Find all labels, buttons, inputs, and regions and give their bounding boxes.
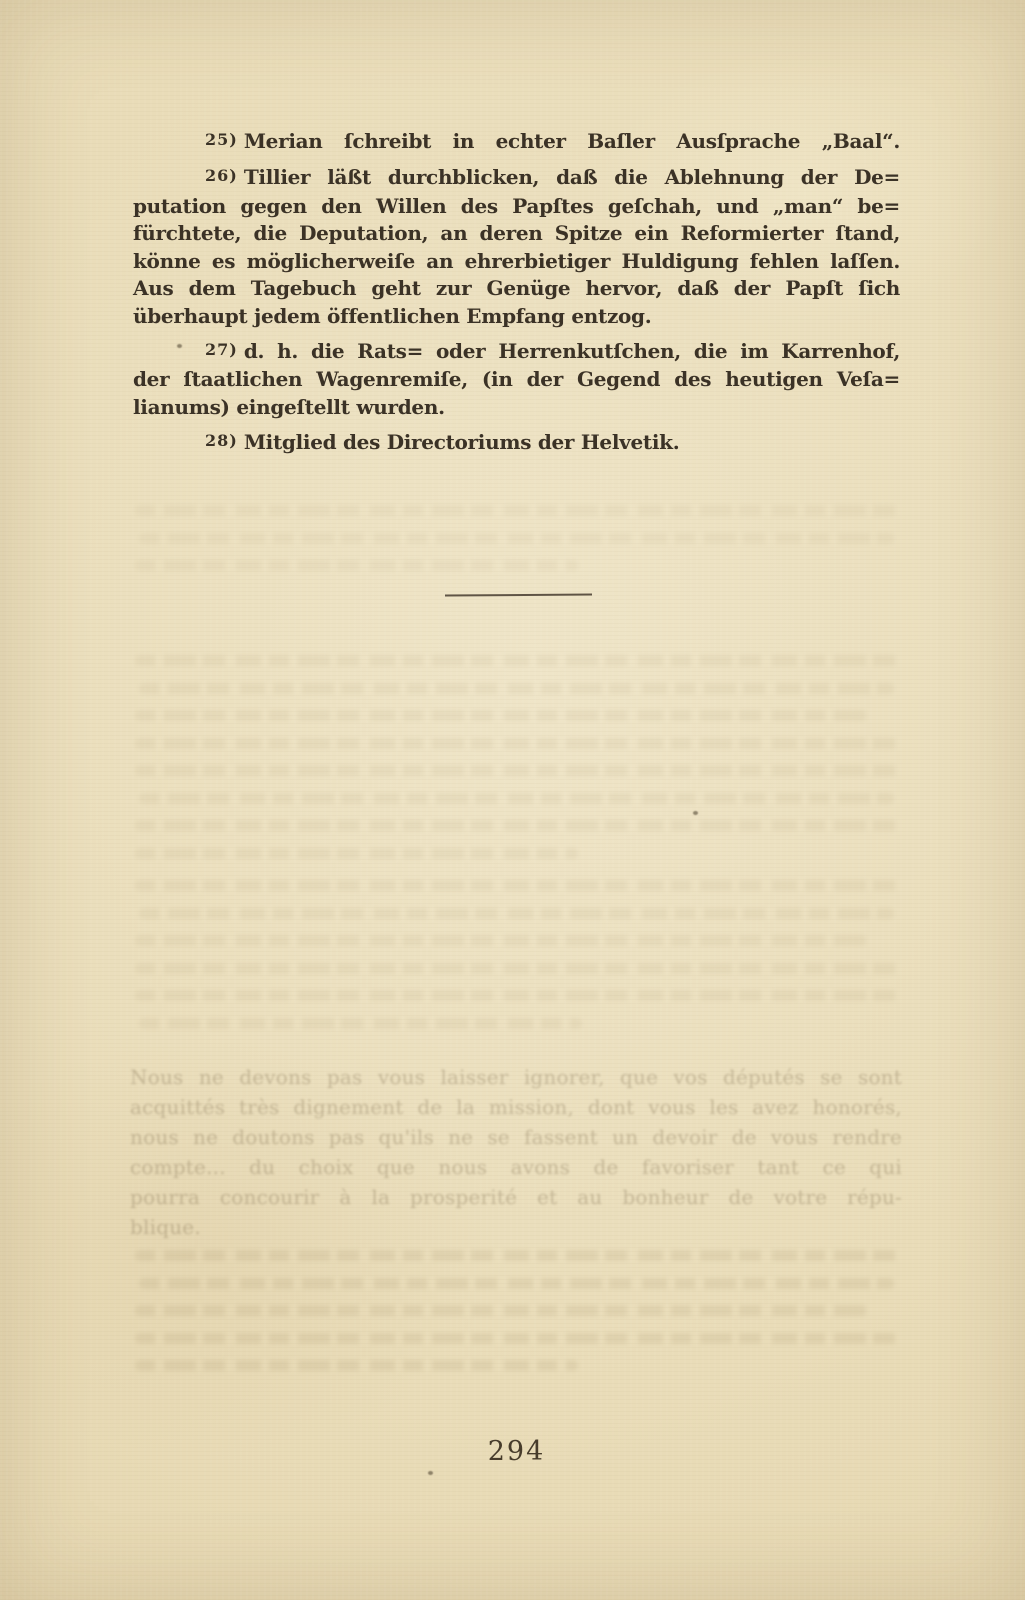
footnote-divider-rule <box>445 593 592 596</box>
paper-speck <box>428 1471 433 1475</box>
footnote-number: 25) <box>205 130 238 149</box>
showthrough-band <box>135 505 898 588</box>
showthrough-text-line: pourra concourir à la prosperité et au b… <box>130 1182 902 1212</box>
paper-speck <box>177 344 182 348</box>
footnote: 27)d. h. die Rats= oder Herrenkutſchen, … <box>133 338 900 422</box>
showthrough-band <box>135 1250 898 1388</box>
ghost-stripe <box>135 935 867 946</box>
ghost-stripe <box>135 505 898 516</box>
footnote-number: 27) <box>205 340 238 359</box>
scanned-book-page: 25)Merian ſchreibt in echter Baſler Ausſ… <box>0 0 1025 1600</box>
showthrough-text-line: nous ne doutons pas qu'ils ne se fassent… <box>130 1122 902 1152</box>
paper-speck <box>693 811 698 815</box>
ghost-stripe <box>135 820 898 831</box>
footnote-line: überhaupt jedem öffentlichen Empfang ent… <box>133 303 900 331</box>
footnote-number: 26) <box>205 166 238 185</box>
ghost-stripe <box>135 655 898 666</box>
ghost-stripe <box>139 793 894 804</box>
ghost-stripe <box>135 1305 867 1316</box>
showthrough-text-line: acquittés très dignement de la mission, … <box>130 1092 902 1122</box>
footnote-line: der ſtaatlichen Wagenremiſe, (in der Geg… <box>133 366 900 394</box>
showthrough-french-text: Nous ne devons pas vous laisser ignorer,… <box>130 1062 902 1242</box>
footnote-line: könne es möglicherweiſe an ehrerbietiger… <box>133 248 900 276</box>
showthrough-band <box>135 655 898 875</box>
ghost-stripe <box>139 683 894 694</box>
footnote-line: 28)Mitglied des Directoriums der Helveti… <box>133 429 900 458</box>
ghost-stripe <box>135 880 898 891</box>
showthrough-text-line: Nous ne devons pas vous laisser ignorer,… <box>130 1062 902 1092</box>
ghost-stripe <box>139 908 894 919</box>
ghost-stripe <box>139 1278 894 1289</box>
footnote-line: fürchtete, die Deputation, an deren Spit… <box>133 220 900 248</box>
showthrough-band <box>135 880 898 1045</box>
ghost-stripe <box>135 963 898 974</box>
ghost-stripe <box>135 1333 898 1344</box>
ghost-stripe <box>135 990 898 1001</box>
ghost-stripe <box>139 533 894 544</box>
showthrough-text-line: blique. <box>130 1212 902 1242</box>
footnote-line: 27)d. h. die Rats= oder Herrenkutſchen, … <box>133 338 900 367</box>
footnote-line: putation gegen den Willen des Papſtes ge… <box>133 193 900 221</box>
ghost-stripe <box>135 560 578 571</box>
ghost-stripe <box>139 1018 582 1029</box>
footnote: 25)Merian ſchreibt in echter Baſler Ausſ… <box>133 128 900 157</box>
footnote: 26)Tillier läßt durchblicken, daß die Ab… <box>133 164 900 330</box>
page-number: 294 <box>133 1436 900 1467</box>
footnote-line: 25)Merian ſchreibt in echter Baſler Ausſ… <box>133 128 900 157</box>
footnote-line: Aus dem Tagebuch geht zur Genüge hervor,… <box>133 275 900 303</box>
showthrough-text-line: compte... du choix que nous avons de fav… <box>130 1152 902 1182</box>
footnote: 28)Mitglied des Directoriums der Helveti… <box>133 429 900 458</box>
ghost-stripe <box>135 1360 578 1371</box>
footnotes-section: 25)Merian ſchreibt in echter Baſler Ausſ… <box>133 128 900 457</box>
footnote-line: lianums) eingeſtellt wurden. <box>133 394 900 422</box>
ghost-stripe <box>135 738 898 749</box>
ghost-stripe <box>135 1250 898 1261</box>
footnote-line: 26)Tillier läßt durchblicken, daß die Ab… <box>133 164 900 193</box>
ghost-stripe <box>135 765 898 776</box>
ghost-stripe <box>135 710 867 721</box>
ghost-stripe <box>135 848 578 859</box>
footnote-number: 28) <box>205 431 238 450</box>
